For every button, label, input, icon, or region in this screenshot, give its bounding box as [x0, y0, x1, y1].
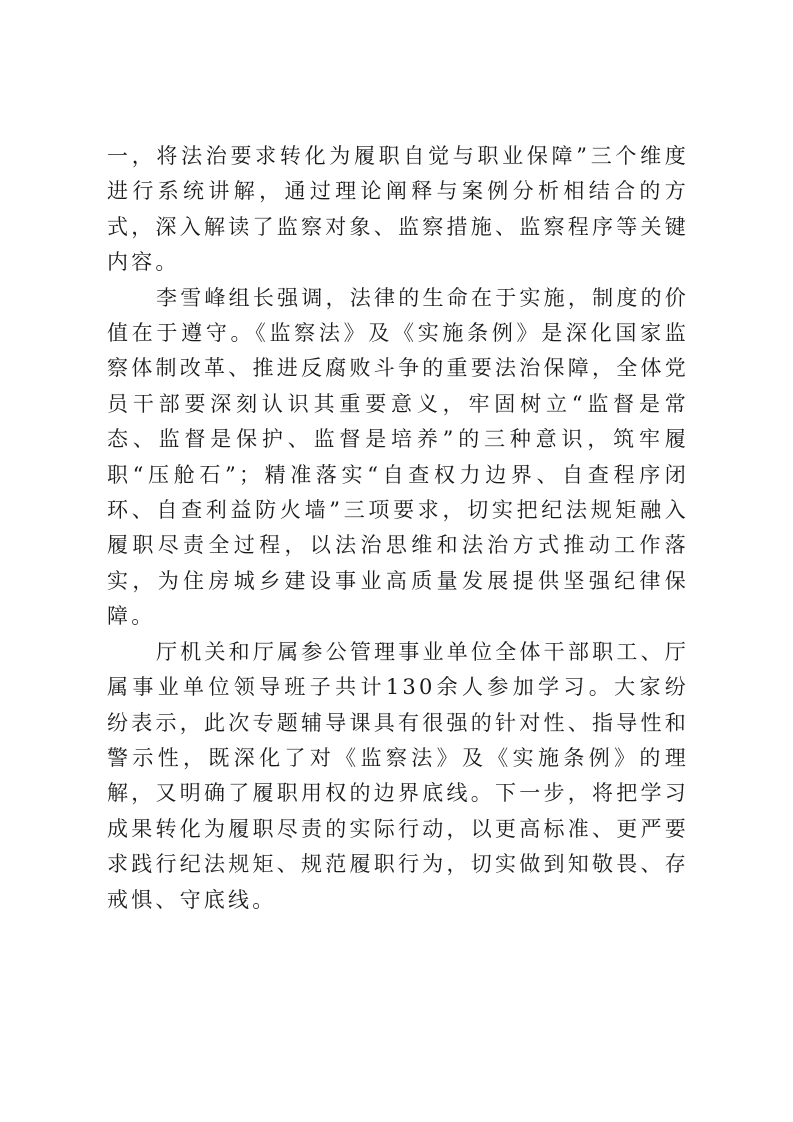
paragraph-leader-remarks: 李雪峰组长强调，法律的生命在于实施，制度的价值在于遵守。《监察法》及《实施条例》… — [107, 281, 689, 635]
document-page: 一，将法治要求转化为履职自觉与职业保障”三个维度进行系统讲解，通过理论阐释与案例… — [107, 139, 689, 918]
paragraph-attendance-summary: 厅机关和厅属参公管理事业单位全体干部职工、厅属事业单位领导班子共计130余人参加… — [107, 635, 689, 918]
paragraph-continuation: 一，将法治要求转化为履职自觉与职业保障”三个维度进行系统讲解，通过理论阐释与案例… — [107, 139, 689, 281]
